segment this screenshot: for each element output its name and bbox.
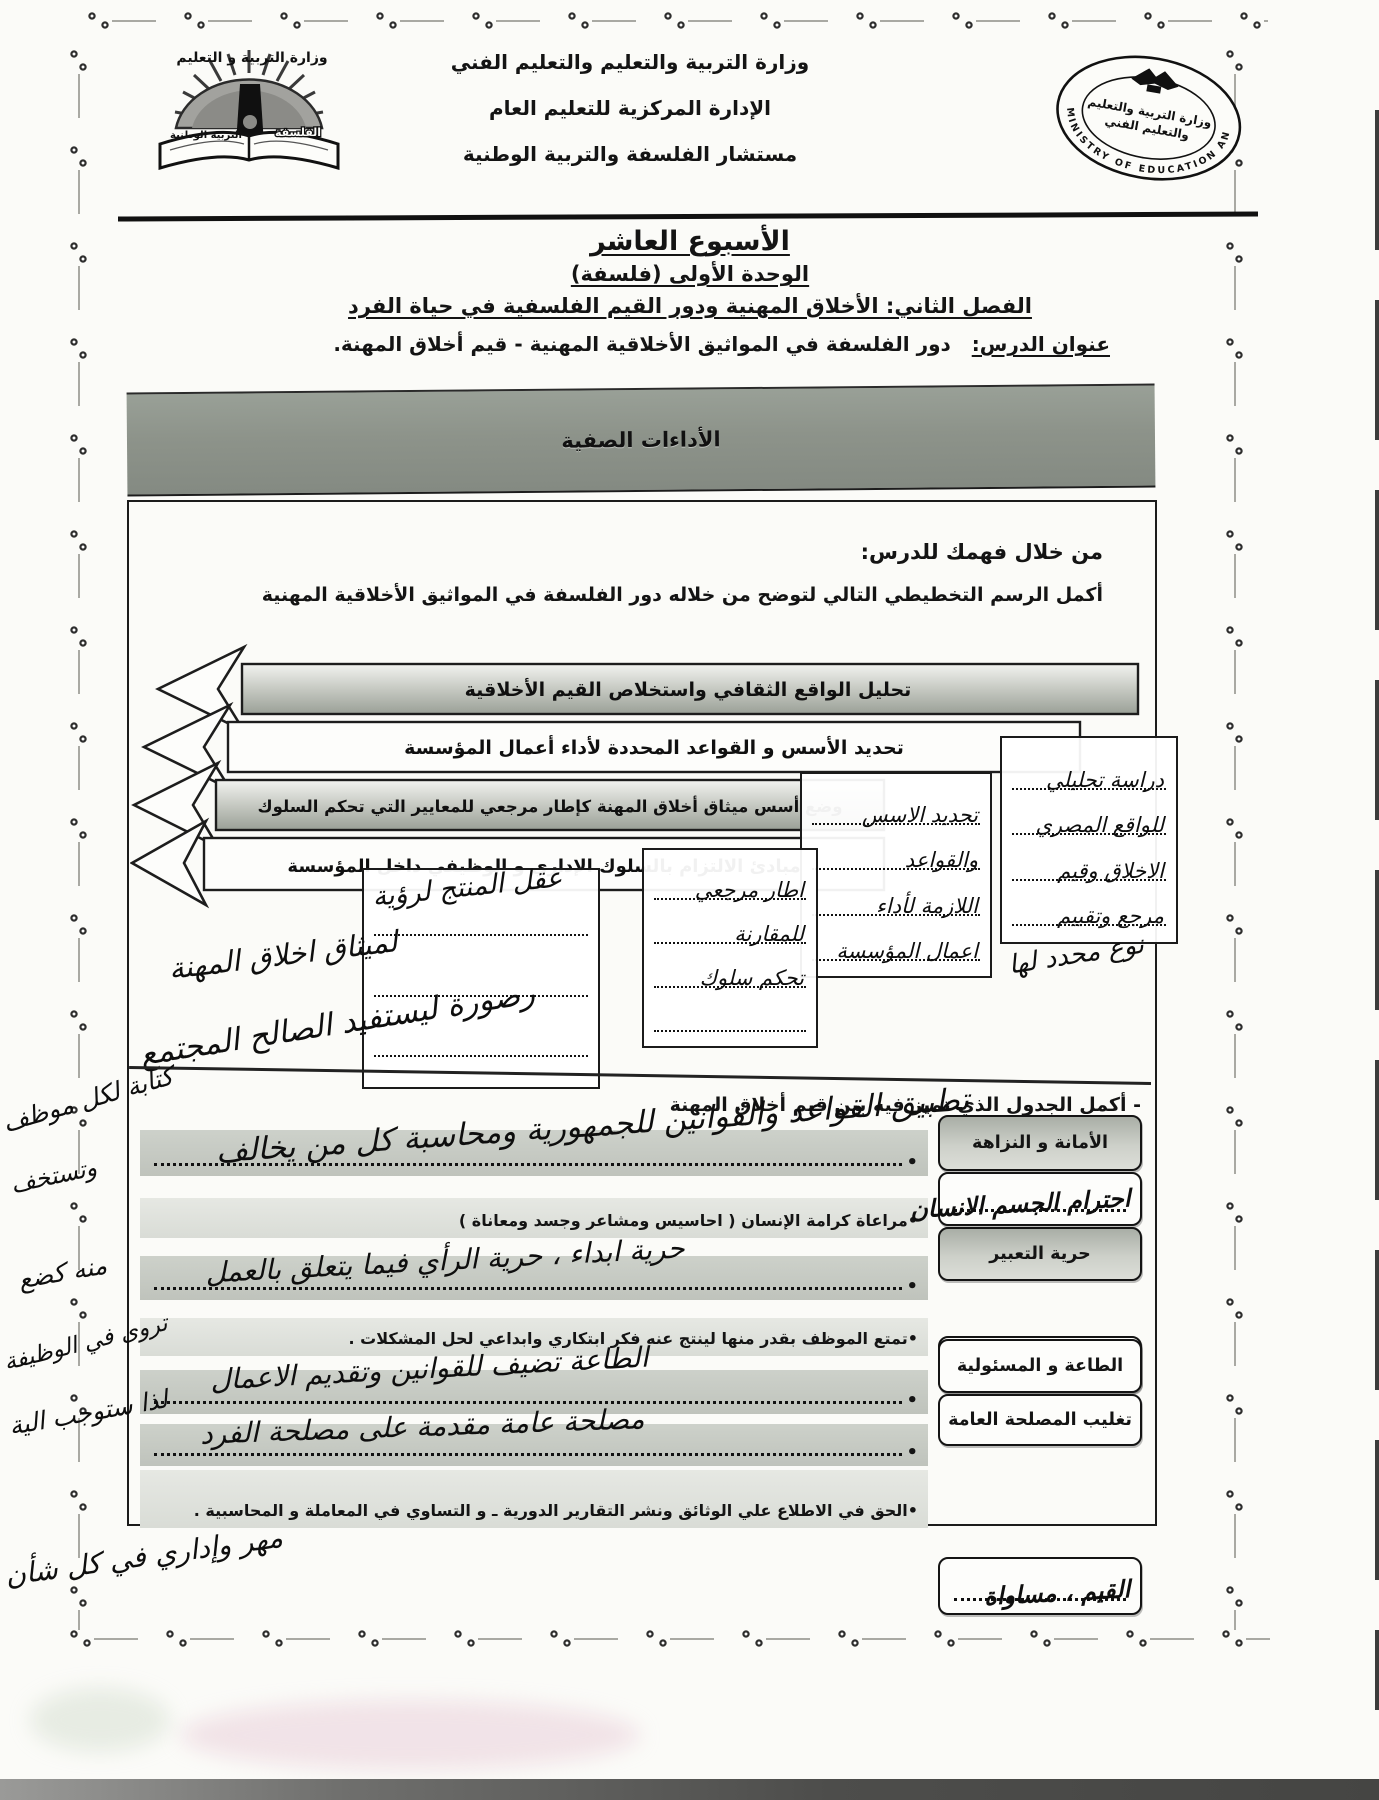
value-label-obedience-responsibility: الطاعة و المسئولية [938, 1339, 1142, 1393]
logo-top-text: وزارة التربية و التعليم [176, 50, 327, 66]
value-answer-handwritten-1: احترام الجسم الانسان [938, 1172, 1142, 1226]
dotted-answer-line: للمقارنة [654, 908, 806, 944]
dotted-answer-line: اطار مرجعي [654, 864, 806, 900]
arrow-left-icon [144, 705, 230, 789]
dotted-answer-line: اعمال المؤسسة [812, 925, 980, 961]
title-unit: الوحدة الأولى (فلسفة) [340, 262, 1040, 286]
border-dots-bottom [60, 1622, 1270, 1658]
table-row-criterion-1: •مراعاة كرامة الإنسان ( احاسيس ومشاعر وج… [140, 1198, 928, 1238]
dotted-answer-line: للواقع المصري [1012, 799, 1166, 835]
scan-edge-right [1375, 110, 1379, 1710]
header-line-advisor: مستشار الفلسفة والتربية الوطنية [400, 142, 860, 166]
dotted-answer-line: والقواعد [812, 834, 980, 870]
logo-right-page-label: الفلسفة [275, 126, 321, 139]
diagram-step-3: وضع أسس ميثاق أخلاق المهنة كإطار مرجعي ل… [258, 796, 843, 817]
diagram-step-1: تحليل الواقع الثقافي واستخلاص القيم الأخ… [465, 678, 912, 701]
header-rule [118, 212, 1258, 222]
dotted-answer-line: اللازمة لأداء [812, 880, 980, 916]
lesson-title-line: عنوان الدرس: دور الفلسفة في المواثيق الأ… [280, 332, 1110, 356]
logo-left-page-label: التربية الوطنية [170, 130, 242, 141]
margin-note: مهر وإداري في كل شأن [3, 1521, 285, 1593]
border-dots-left [62, 40, 98, 1630]
scan-edge-bottom [0, 1779, 1379, 1800]
ministry-logo: وزارة التربية و التعليم التربية الوطنية … [122, 46, 382, 186]
diagram-answer-box-1: دراسة تحليلي للواقع المصري الاخلاق وقيم … [1000, 736, 1178, 944]
value-label-freedom-of-expression: حرية التعبير [938, 1227, 1142, 1281]
lesson-text: دور الفلسفة في المواثيق الأخلاقية المهني… [333, 332, 951, 356]
scan-smudge [180, 1700, 640, 1770]
dotted-answer-line [654, 996, 806, 1032]
section-bar-label: الأداءات الصفية [561, 427, 721, 452]
diagram-step-2: تحديد الأسس و القواعد المحددة لأداء أعما… [404, 735, 904, 759]
header-line-ministry: وزارة التربية والتعليم والتعليم الفني [400, 50, 860, 74]
diagram-answer-box-3: اطار مرجعي للمقارنة تحكم سلوك [642, 848, 818, 1048]
lesson-label: عنوان الدرس: [972, 332, 1110, 356]
dotted-answer-line: تحديد الاسس [812, 789, 980, 825]
value-answer-handwritten-3: القيم ، مساواة [938, 1557, 1142, 1615]
intro-line-1: من خلال فهمك للدرس: [861, 540, 1103, 564]
arrow-left-icon [132, 821, 206, 905]
dotted-answer-line: الاخلاق وقيم [1012, 845, 1166, 881]
dotted-answer-line: مرجع وتقييم [1012, 890, 1166, 926]
intro-line-2: أكمل الرسم التخطيطي التالي لتوضح من خلال… [262, 584, 1103, 606]
title-week: الأسبوع العاشر [340, 226, 1040, 257]
section-bar-classroom-performances: الأداءات الصفية [127, 384, 1156, 497]
border-dots-right [1218, 40, 1254, 1630]
dotted-answer-line: دراسة تحليلي [1012, 754, 1166, 790]
diagram-answer-box-2: تحديد الاسس والقواعد اللازمة لأداء اعمال… [800, 772, 992, 978]
scan-smudge [30, 1688, 170, 1752]
border-dots-top [78, 4, 1268, 40]
dotted-answer-line: تحكم سلوك [654, 952, 806, 988]
value-label-public-interest: تغليب المصلحة العامة [938, 1394, 1142, 1446]
value-label-honesty-integrity: الأمانة و النزاهة [938, 1115, 1142, 1171]
table-row-criterion-3: •الحق في الاطلاع علي الوثائق ونشر التقار… [140, 1470, 928, 1528]
arrow-left-icon [134, 763, 218, 847]
title-chapter: الفصل الثاني: الأخلاق المهنية ودور القيم… [240, 294, 1140, 318]
scanned-worksheet-page: وزارة التربية و التعليم التربية الوطنية … [0, 0, 1379, 1800]
header-line-administration: الإدارة المركزية للتعليم العام [400, 96, 860, 120]
